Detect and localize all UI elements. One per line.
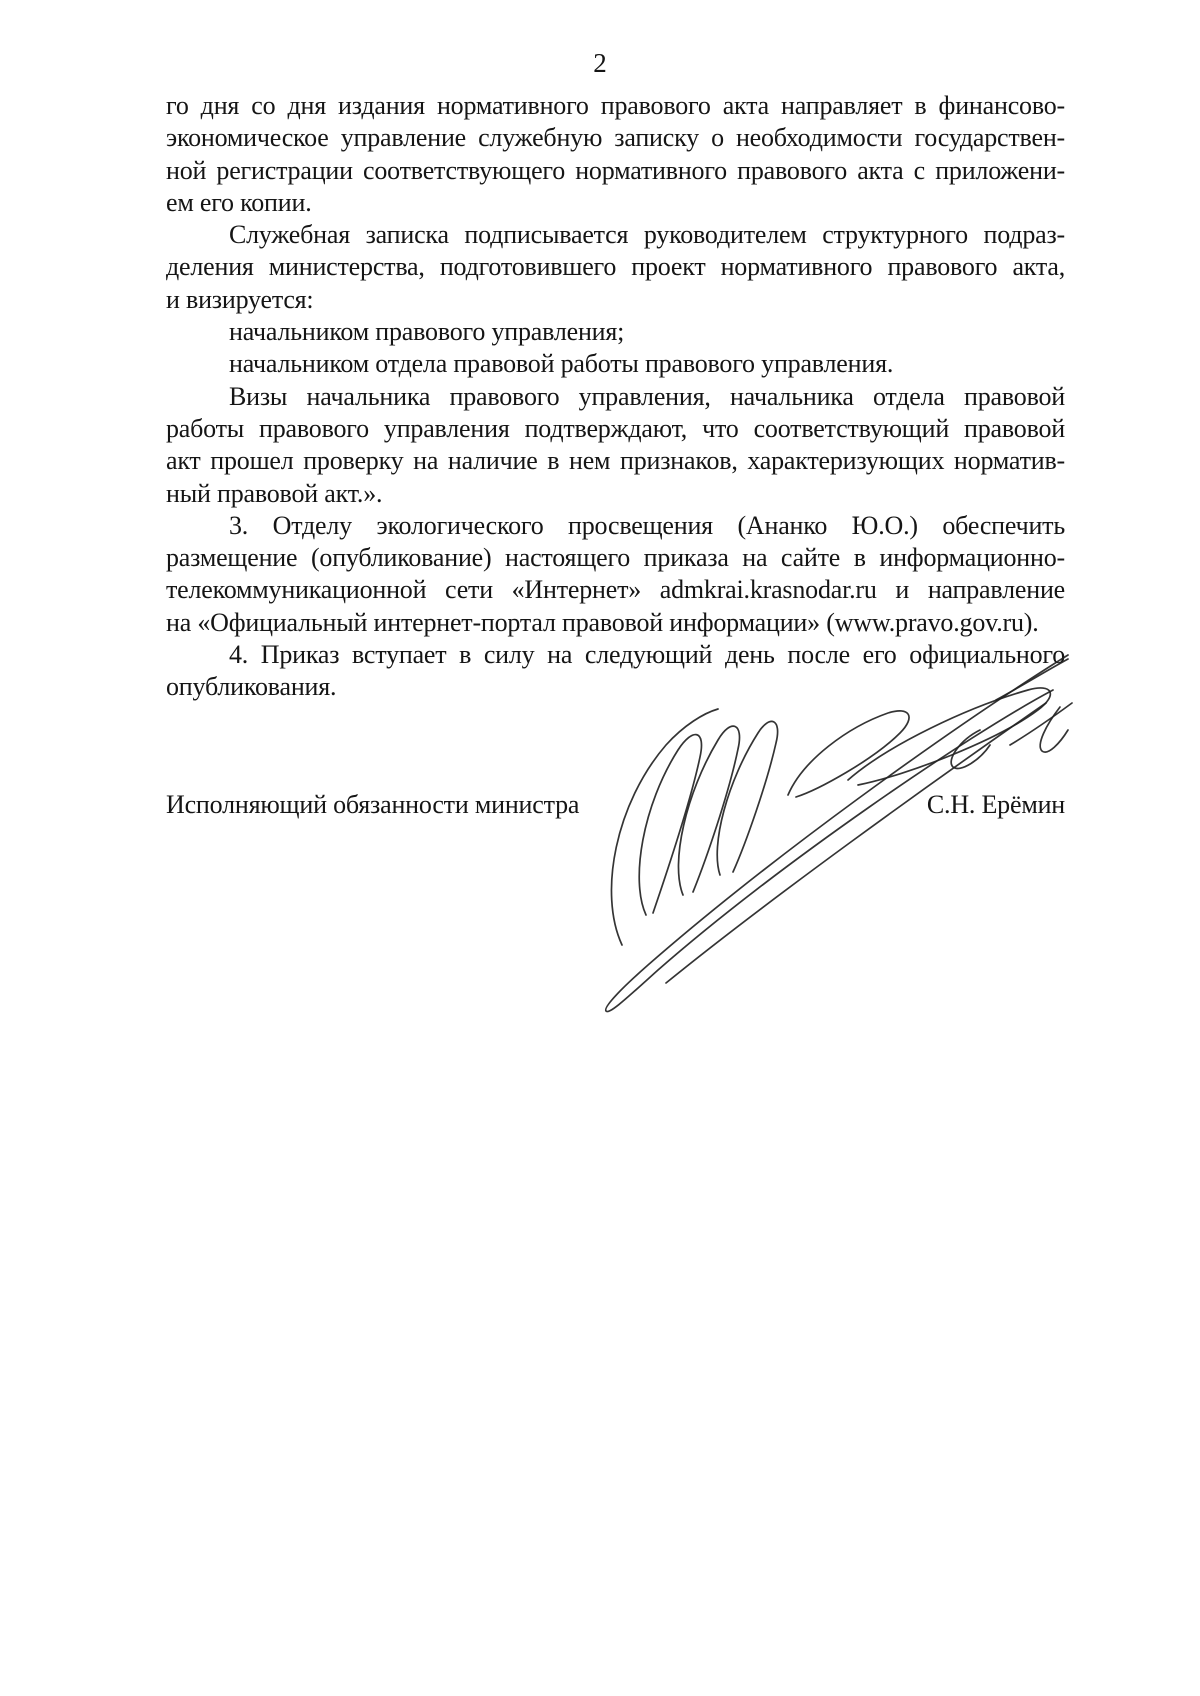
signature-image: [548, 645, 1078, 1020]
text-line: ем его копии.: [166, 187, 1065, 219]
text-line: размещение (опубликование) настоящего пр…: [166, 542, 1065, 574]
text-line: ный правовой акт.».: [166, 478, 1065, 510]
paragraph: го дня со дня издания нормативного право…: [166, 90, 1065, 219]
text-line: начальником правового управления;: [166, 316, 1065, 348]
text-line: телекоммуникационной сети «Интернет» adm…: [166, 574, 1065, 606]
text-line: го дня со дня издания нормативного право…: [166, 90, 1065, 122]
paragraph: начальником правового управления;: [166, 316, 1065, 348]
text-line: деления министерства, подготовившего про…: [166, 251, 1065, 283]
text-line: ной регистрации соответствующего нормати…: [166, 155, 1065, 187]
document-page: 2 го дня со дня издания нормативного пра…: [0, 0, 1200, 1696]
text-line: работы правового управления подтверждают…: [166, 413, 1065, 445]
text-line: Визы начальника правового управления, на…: [166, 381, 1065, 413]
paragraph: Визы начальника правового управления, на…: [166, 381, 1065, 510]
text-line: начальником отдела правовой работы право…: [166, 348, 1065, 380]
signer-title: Исполняющий обязанности министра: [166, 790, 579, 820]
text-line: Служебная записка подписывается руководи…: [166, 219, 1065, 251]
page-number: 2: [0, 48, 1200, 79]
text-line: и визируется:: [166, 284, 1065, 316]
text-line: 3. Отделу экологического просвещения (Ан…: [166, 510, 1065, 542]
text-line: на «Официальный интернет-портал правовой…: [166, 607, 1065, 639]
document-body: го дня со дня издания нормативного право…: [166, 90, 1065, 704]
text-line: экономическое управление служебную запис…: [166, 122, 1065, 154]
paragraph: Служебная записка подписывается руководи…: [166, 219, 1065, 316]
paragraph: начальником отдела правовой работы право…: [166, 348, 1065, 380]
paragraph: 3. Отделу экологического просвещения (Ан…: [166, 510, 1065, 639]
text-line: акт прошел проверку на наличие в нем при…: [166, 445, 1065, 477]
